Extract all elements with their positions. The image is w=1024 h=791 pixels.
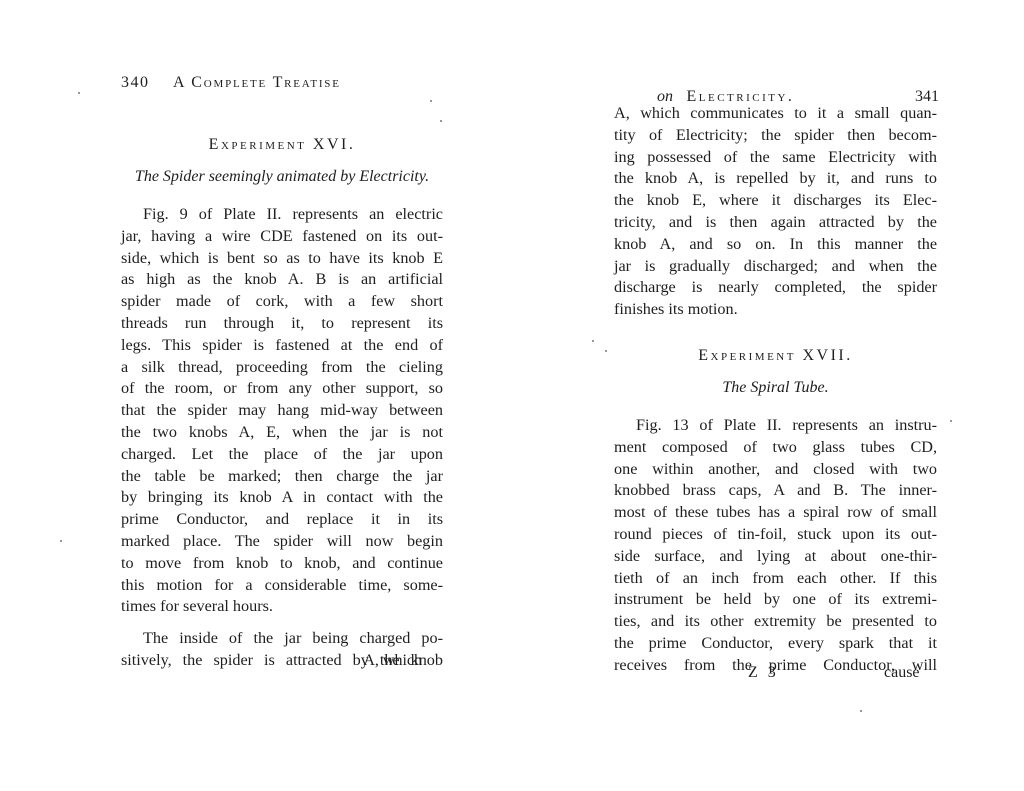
paper-speck — [430, 100, 432, 102]
text-line: jar, having a wire CDE fastened on its o… — [121, 226, 443, 248]
text-line: finishes its motion. — [614, 299, 937, 321]
text-line: jar is gradually discharged; and when th… — [614, 256, 937, 278]
text-line: the knob A, is repelled by it, and runs … — [614, 168, 937, 190]
paper-speck — [605, 350, 607, 352]
text-line: this motion for a considerable time, som… — [121, 575, 443, 597]
paper-speck — [950, 420, 952, 422]
experiment-subheading: The Spider seemingly animated by Electri… — [121, 168, 443, 186]
text-line: one within another, and closed with two — [614, 459, 937, 481]
text-line: The inside of the jar being charged po- — [121, 628, 443, 650]
paper-speck — [60, 540, 62, 542]
text-line: side, which is bent so as to have its kn… — [121, 248, 443, 270]
text-line: tity of Electricity; the spider then bec… — [614, 125, 937, 147]
running-title: A Complete Treatise — [173, 74, 341, 91]
text-line: discharge is nearly completed, the spide… — [614, 277, 937, 299]
text-line: most of these tubes has a spiral row of … — [614, 502, 937, 524]
text-line: the prime Conductor, every spark that it — [614, 633, 937, 655]
text-line: legs. This spider is fastened at the end… — [121, 335, 443, 357]
text-line: spider made of cork, with a few short — [121, 291, 443, 313]
text-line: Fig. 13 of Plate II. represents an instr… — [614, 415, 937, 437]
text-line: side surface, and lying at about one-thi… — [614, 546, 937, 568]
text-line: the table be marked; then charge the jar — [121, 466, 443, 488]
text-line: the knob E, where it discharges its Elec… — [614, 190, 937, 212]
text-line: knob A, and so on. In this manner the — [614, 234, 937, 256]
paper-speck — [592, 340, 594, 342]
text-line: marked place. The spider will now begin — [121, 531, 443, 553]
text-line: to move from knob to knob, and continue — [121, 553, 443, 575]
text-line: tieth of an inch from each other. If thi… — [614, 568, 937, 590]
paper-speck — [440, 120, 442, 122]
text-line: instrument be held by one of its extremi… — [614, 589, 937, 611]
signature-mark: Z 3 — [748, 664, 779, 682]
left-page: 340 A Complete Treatise Experiment XVI. … — [0, 0, 512, 791]
text-line: round pieces of tin-foil, stuck upon its… — [614, 524, 937, 546]
text-line: as high as the knob A. B is an artificia… — [121, 269, 443, 291]
text-line: that the spider may hang mid-way between — [121, 400, 443, 422]
experiment-subheading: The Spiral Tube. — [614, 379, 937, 397]
text-line: knobbed brass caps, A and B. The inner- — [614, 480, 937, 502]
text-line: the two knobs A, E, when the jar is not — [121, 422, 443, 444]
text-line: Fig. 9 of Plate II. represents an electr… — [121, 204, 443, 226]
experiment-heading: Experiment XVI. — [121, 136, 443, 154]
page-number: 340 — [121, 74, 150, 91]
experiment-heading: Experiment XVII. — [614, 347, 937, 365]
text-line: a silk thread, proceeding from the cieli… — [121, 357, 443, 379]
text-line: threads run through it, to represent its — [121, 313, 443, 335]
text-line: by bringing its knob A in contact with t… — [121, 487, 443, 509]
text-line: ing possessed of the same Electricity wi… — [614, 147, 937, 169]
paragraph: Fig. 13 of Plate II. represents an instr… — [614, 415, 937, 677]
paper-speck — [78, 92, 80, 94]
text-line: prime Conductor, and replace it in its — [121, 509, 443, 531]
catchword: cause — [884, 664, 920, 682]
catchword: A, which — [363, 652, 422, 670]
text-line: times for several hours. — [121, 596, 443, 618]
text-line: tricity, and is then again attracted by … — [614, 212, 937, 234]
paragraph: A, which communicates to it a small quan… — [614, 103, 937, 321]
paragraph: Fig. 9 of Plate II. represents an electr… — [121, 204, 443, 618]
text-line: A, which communicates to it a small quan… — [614, 103, 937, 125]
text-line: of the room, or from any other support, … — [121, 378, 443, 400]
text-line: charged. Let the place of the jar upon — [121, 444, 443, 466]
paper-speck — [860, 710, 862, 712]
text-line: ties, and its other extremity be present… — [614, 611, 937, 633]
text-line: ment composed of two glass tubes CD, — [614, 437, 937, 459]
running-head-left: 340 A Complete Treatise — [121, 74, 341, 92]
